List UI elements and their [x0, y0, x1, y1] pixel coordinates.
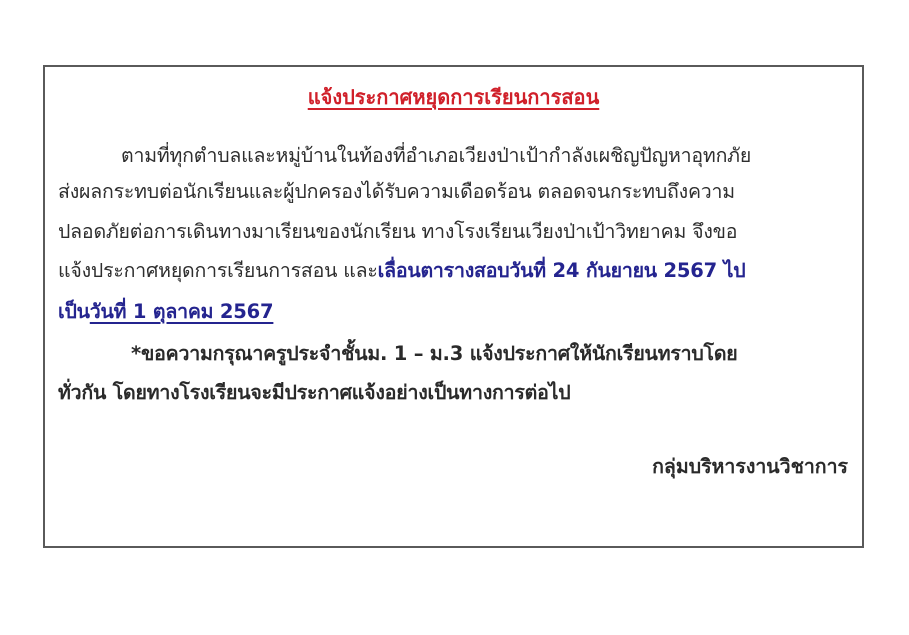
- signature: กลุ่มบริหารงานวิชาการ: [652, 452, 848, 482]
- paragraph1-line1: ตามที่ทุกตำบลและหมู่บ้านในท้องที่อำเภอเว…: [121, 141, 751, 171]
- notice-title-text: แจ้งประกาศหยุดการเรียนการสอน: [308, 85, 600, 109]
- paragraph1-line5: เป็นวันที่ 1 ตุลาคม 2567: [58, 297, 273, 327]
- notice-box: แจ้งประกาศหยุดการเรียนการสอน ตามที่ทุกตำ…: [43, 65, 864, 548]
- paragraph1-line2: ส่งผลกระทบต่อนักเรียนและผู้ปกครองได้รับค…: [58, 177, 735, 207]
- new-exam-date: วันที่ 1 ตุลาคม 2567: [90, 300, 274, 323]
- paragraph2-line2: ทั่วกัน โดยทางโรงเรียนจะมีประกาศแจ้งอย่า…: [58, 378, 570, 408]
- paragraph1-line4-plain: แจ้งประกาศหยุดการเรียนการสอน และ: [58, 259, 378, 282]
- exam-postpone-highlight: เลื่อนตารางสอบวันที่ 24 กันยายน 2567 ไป: [378, 259, 746, 282]
- paragraph2-line1: *ขอความกรุณาครูประจำชั้นม. 1 – ม.3 แจ้งป…: [131, 339, 738, 369]
- paragraph1-line3: ปลอดภัยต่อการเดินทางมาเรียนของนักเรียน ท…: [58, 217, 737, 247]
- notice-title: แจ้งประกาศหยุดการเรียนการสอน: [45, 83, 862, 111]
- paragraph1-line4: แจ้งประกาศหยุดการเรียนการสอน และเลื่อนตา…: [58, 256, 745, 286]
- exam-postpone-highlight-cont: เป็น: [58, 300, 90, 323]
